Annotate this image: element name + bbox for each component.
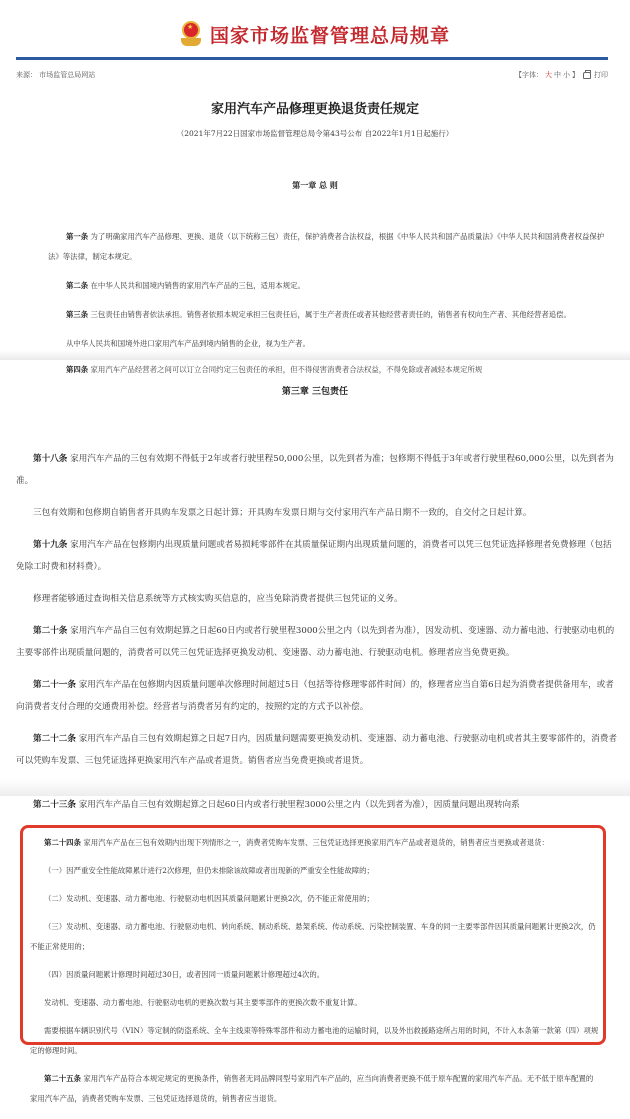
font-size-small[interactable]: 小 (563, 70, 570, 80)
article-label: 第三条 (66, 310, 88, 319)
print-link[interactable]: 打印 (594, 70, 608, 80)
article-label: 第四条 (66, 365, 88, 374)
section-divider-shadow (0, 778, 630, 796)
article-3: 第三条 三包责任由销售者依法承担。销售者依照本规定承担三包责任后，属于生产者责任… (48, 305, 608, 325)
article-23-partial: 第二十三条 家用汽车产品自三包有效期起算之日起60日内或者行驶里程3000公里之… (16, 798, 626, 810)
chapter-3-heading: 第三章 三包责任 (0, 384, 630, 397)
article-24-25-body: 第二十四条 家用汽车产品在三包有效期内出现下列情形之一，消费者凭购车发票、三包凭… (30, 833, 600, 1117)
article-label: 第二条 (66, 281, 88, 290)
font-size-suffix: 】 (572, 70, 579, 80)
document-subtitle: （2021年7月22日国家市场监督管理总局令第43号公布 自2022年1月1日起… (0, 128, 630, 139)
article-text: 家用汽车产品在包修期内因质量问题单次修理时间超过5日（包括等待修理零部件时间）的… (16, 680, 614, 712)
document-title: 家用汽车产品修理更换退货责任规定 (0, 98, 630, 117)
article-label: 第一条 (66, 232, 88, 241)
article-24-item-1: （一）因严重安全性能故障累计进行2次修理，但仍未排除该故障或者出现新的严重安全性… (30, 861, 600, 881)
font-size-prefix: 【字体： (515, 70, 543, 80)
article-1: 第一条 为了明确家用汽车产品修理、更换、退货（以下统称三包）责任，保护消费者合法… (48, 227, 608, 267)
article-label: 第二十二条 (33, 734, 76, 744)
article-24-note-1: 发动机、变速器、动力蓄电池、行驶驱动电机的更换次数与其主要零部件的更换次数不重复… (30, 993, 600, 1013)
article-text: 在中华人民共和国境内销售的家用汽车产品的三包，适用本规定。 (88, 281, 305, 290)
article-19-paragraph-2: 修理者能够通过查询相关信息系统等方式核实购买信息的，应当免除消费者提供三包凭证的… (16, 588, 618, 610)
article-2: 第二条 在中华人民共和国境内销售的家用汽车产品的三包，适用本规定。 (48, 276, 608, 296)
article-22: 第二十二条 家用汽车产品自三包有效期起算之日起7日内，因质量问题需要更换发动机、… (16, 728, 618, 772)
article-24-note-2: 需要根据车辆识别代号（VIN）等定制的防盗系统、全车主线束等特殊零部件和动力蓄电… (30, 1021, 600, 1061)
article-text: 家用汽车产品符合本规定规定的更换条件，销售者无同品牌同型号家用汽车产品的，应当向… (30, 1074, 593, 1103)
article-21: 第二十一条 家用汽车产品在包修期内因质量问题单次修理时间超过5日（包括等待修理零… (16, 674, 618, 718)
chapter-1-heading: 第一章 总 则 (0, 180, 630, 191)
bottom-screenshot-section: 第四条 家用汽车产品经营者之间可以订立合同约定三包责任的承担，但不得侵害消费者合… (0, 362, 630, 1119)
printer-icon[interactable] (583, 72, 591, 79)
article-text: 家用汽车产品在三包有效期内出现下列情形之一，消费者凭购车发票、三包凭证选择更换家… (81, 838, 549, 847)
article-24-item-3: （三）发动机、变速器、动力蓄电池、行驶驱动电机、转向系统、制动系统、悬架系统、传… (30, 917, 600, 957)
article-20: 第二十条 家用汽车产品自三包有效期起算之日起60日内或者行驶里程3000公里之内… (16, 620, 618, 664)
font-size-toolbar: 【字体： 大 中 小 】 打印 (515, 70, 608, 80)
article-text: 为了明确家用汽车产品修理、更换、退货（以下统称三包）责任，保护消费者合法权益，根… (48, 232, 604, 261)
masthead: ★ 国家市场监督管理总局规章 (0, 18, 630, 50)
masthead-title: 国家市场监督管理总局规章 (210, 21, 450, 48)
article-text: 家用汽车产品经营者之间可以订立合同约定三包责任的承担，但不得侵害消费者合法权益，… (88, 365, 482, 374)
article-label: 第二十一条 (33, 680, 76, 690)
article-text: 家用汽车产品的三包有效期不得低于2年或者行驶里程50,000公里，以先到者为准；… (16, 454, 614, 486)
article-18-paragraph-2: 三包有效期和包修期自销售者开具购车发票之日起计算；开具购车发票日期与交付家用汽车… (16, 502, 618, 524)
article-label: 第十八条 (33, 454, 67, 464)
article-label: 第二十条 (33, 626, 67, 636)
article-label: 第二十三条 (33, 800, 76, 810)
article-18: 第十八条 家用汽车产品的三包有效期不得低于2年或者行驶里程50,000公里，以先… (16, 448, 618, 492)
national-emblem-icon: ★ (180, 21, 202, 47)
article-24-item-4: （四）因质量问题累计修理时间超过30日，或者因同一质量问题累计修理超过4次的。 (30, 965, 600, 985)
article-text: 三包责任由销售者依法承担。销售者依照本规定承担三包责任后，属于生产者责任或者其他… (88, 310, 571, 319)
source-label: 来源： 市场监管总局网站 (16, 70, 95, 80)
chapter-3-body: 第十八条 家用汽车产品的三包有效期不得低于2年或者行驶里程50,000公里，以先… (16, 448, 618, 782)
header-divider (16, 57, 608, 60)
paragraph-text: 从中华人民共和国境外进口家用汽车产品到境内销售的企业，视为生产者。 (66, 339, 310, 348)
article-text: 家用汽车产品自三包有效期起算之日起60日内或者行驶里程3000公里之内（以先到者… (16, 626, 614, 658)
article-text: 家用汽车产品自三包有效期起算之日起60日内或者行驶里程3000公里之内（以先到者… (76, 800, 520, 810)
article-24-item-2: （二）发动机、变速器、动力蓄电池、行驶驱动电机因其质量问题累计更换2次，仍不能正… (30, 889, 600, 909)
font-size-medium[interactable]: 中 (554, 70, 561, 80)
article-label: 第二十四条 (44, 838, 81, 847)
article-19: 第十九条 家用汽车产品在包修期内出现质量问题或者易损耗零部件在其质量保证期内出现… (16, 534, 618, 578)
article-label: 第二十五条 (44, 1074, 81, 1083)
paragraph-text: 修理者能够通过查询相关信息系统等方式核实购买信息的，应当免除消费者提供三包凭证的… (33, 594, 403, 604)
article-25: 第二十五条 家用汽车产品符合本规定规定的更换条件，销售者无同品牌同型号家用汽车产… (30, 1069, 600, 1109)
top-screenshot-section: ★ 国家市场监督管理总局规章 来源： 市场监管总局网站 【字体： 大 中 小 】… (0, 0, 630, 360)
section-divider-shadow (0, 350, 630, 360)
lower-screenshot-section: 第二十四条 家用汽车产品在三包有效期内出现下列情形之一，消费者凭购车发票、三包凭… (0, 825, 630, 1119)
article-24: 第二十四条 家用汽车产品在三包有效期内出现下列情形之一，消费者凭购车发票、三包凭… (30, 833, 600, 853)
article-4-partial: 第四条 家用汽车产品经营者之间可以订立合同约定三包责任的承担，但不得侵害消费者合… (66, 364, 482, 375)
article-text: 家用汽车产品在包修期内出现质量问题或者易损耗零部件在其质量保证期内出现质量问题的… (16, 540, 612, 572)
chapter-1-body: 第一条 为了明确家用汽车产品修理、更换、退货（以下统称三包）责任，保护消费者合法… (48, 227, 608, 360)
article-label: 第十九条 (33, 540, 67, 550)
article-text: 家用汽车产品自三包有效期起算之日起7日内，因质量问题需要更换发动机、变速器、动力… (16, 734, 617, 766)
paragraph-text: 三包有效期和包修期自销售者开具购车发票之日起计算；开具购车发票日期与交付家用汽车… (33, 508, 531, 518)
font-size-large[interactable]: 大 (545, 70, 552, 80)
